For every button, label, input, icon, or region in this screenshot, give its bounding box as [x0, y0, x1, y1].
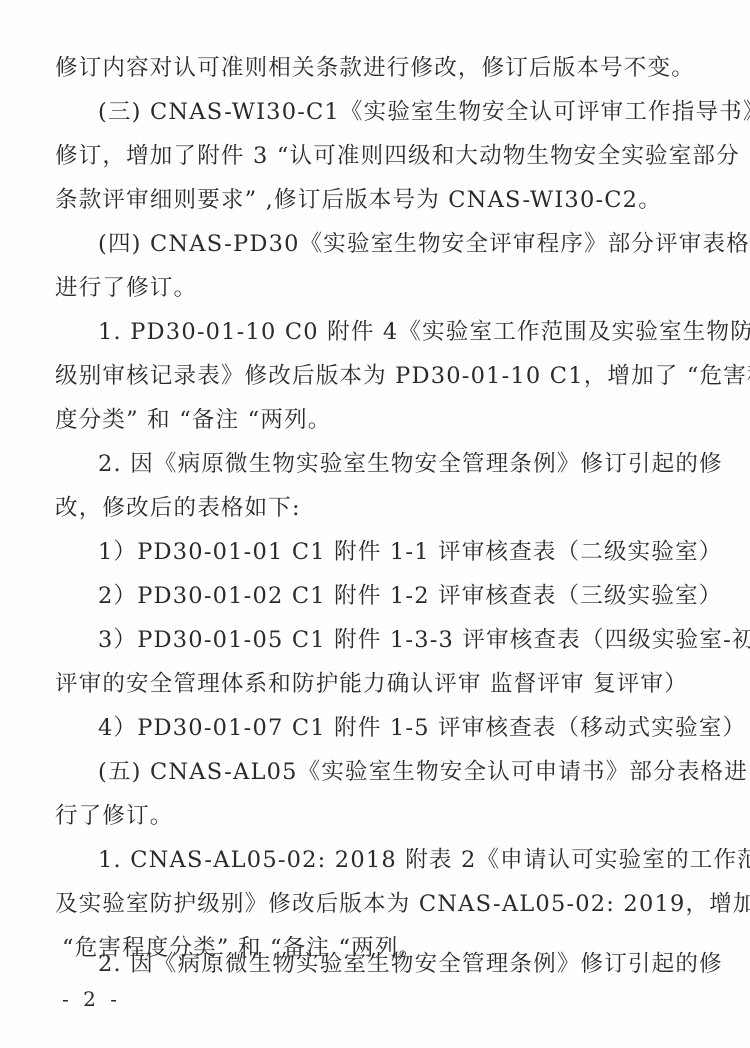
text-line: 1. PD30-01-10 C0 附件 4《实验室工作范围及实验室生物防护: [98, 317, 695, 347]
text-line: 条款评审细则要求” ,修订后版本号为 CNAS-WI30-C2。: [55, 185, 695, 215]
page-number: - 2 -: [62, 985, 121, 1013]
text-line: (五) CNAS-AL05《实验室生物安全认可申请书》部分表格进: [98, 757, 695, 787]
text-line: (三) CNAS-WI30-C1《实验室生物安全认可评审工作指导书》: [98, 97, 695, 127]
text-line: 级别审核记录表》修改后版本为 PD30-01-10 C1，增加了 “危害程: [55, 361, 695, 391]
text-line: 及实验室防护级别》修改后版本为 CNAS-AL05-02: 2019，增加了: [55, 889, 695, 919]
text-line: 1）PD30-01-01 C1 附件 1-1 评审核查表（二级实验室）: [98, 537, 695, 567]
text-line: 进行了修订。: [55, 273, 695, 303]
text-line: 评审的安全管理体系和防护能力确认评审 监督评审 复评审）: [55, 669, 695, 699]
document-page: 修订内容对认可准则相关条款进行修改，修订后版本号不变。 (三) CNAS-WI3…: [0, 0, 750, 1048]
text-line: 改，修改后的表格如下:: [55, 493, 695, 523]
text-line: (四) CNAS-PD30《实验室生物安全评审程序》部分评审表格: [98, 229, 695, 259]
text-line: 1. CNAS-AL05-02: 2018 附表 2《申请认可实验室的工作范围: [98, 845, 695, 875]
text-line: 2. 因《病原微生物实验室生物安全管理条例》修订引起的修: [98, 449, 695, 479]
text-line: 3）PD30-01-05 C1 附件 1-3-3 评审核查表（四级实验室-初次: [98, 625, 695, 655]
text-line: 4）PD30-01-07 C1 附件 1-5 评审核查表（移动式实验室）: [98, 713, 695, 743]
text-line: 修订内容对认可准则相关条款进行修改，修订后版本号不变。: [55, 53, 695, 83]
text-line: 2. 因《病原微生物实验室生物安全管理条例》修订引起的修: [98, 949, 695, 979]
text-line: 2）PD30-01-02 C1 附件 1-2 评审核查表（三级实验室）: [98, 581, 695, 611]
text-line: 修订，增加了附件 3 “认可准则四级和大动物生物安全实验室部分: [55, 141, 695, 171]
text-line: 度分类” 和 “备注 “两列。: [55, 405, 695, 435]
text-line: 行了修订。: [55, 801, 695, 831]
